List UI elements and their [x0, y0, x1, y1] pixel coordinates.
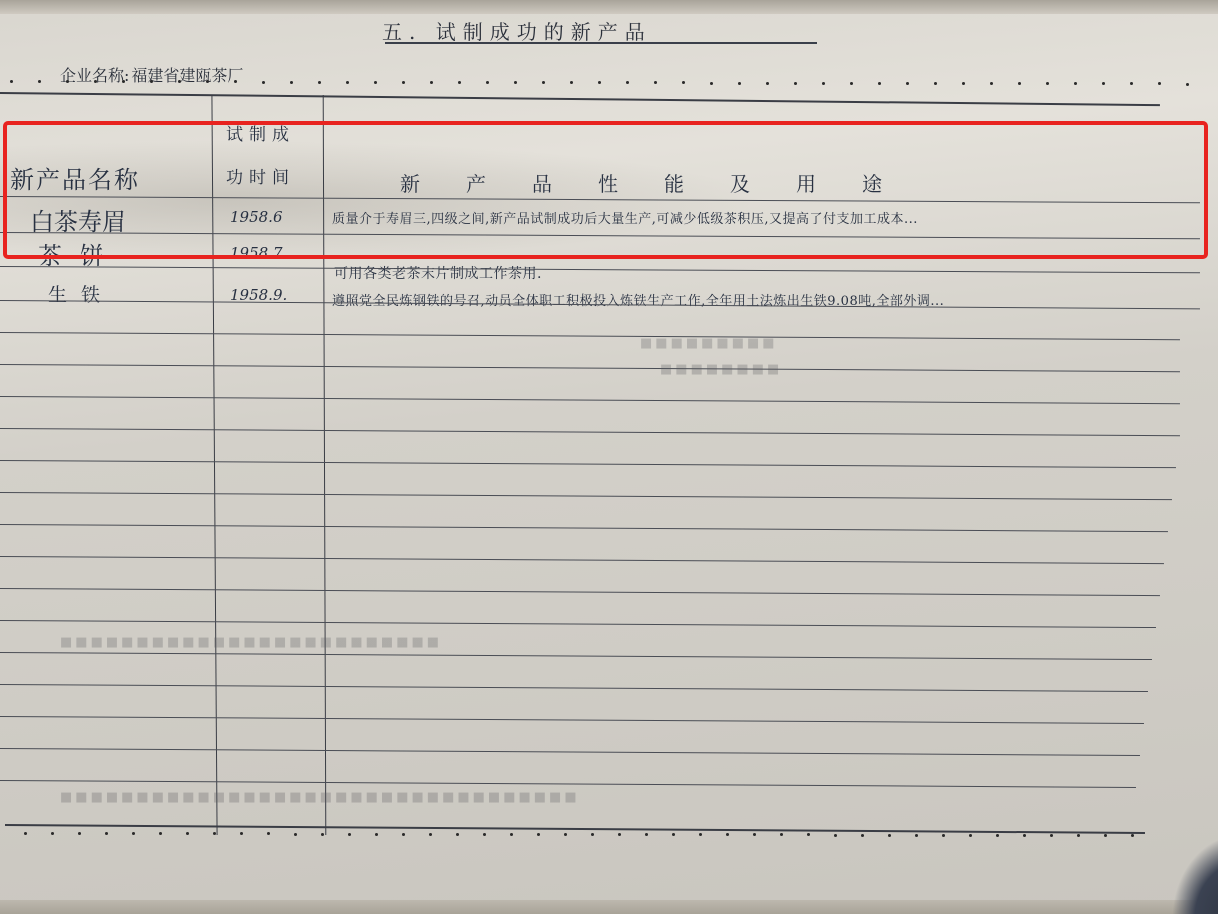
bleed-through-text: ■■■■■■■■■■■■■■■■■■■■■■■■■■■■■■■■■■ — [60, 790, 580, 805]
blank-row-rule — [0, 588, 1160, 596]
blank-row-rule — [0, 524, 1168, 532]
header-char: 用 — [796, 168, 816, 197]
perforation-dot — [906, 82, 909, 85]
perforation-dot — [486, 81, 489, 84]
header-properties-use: 新 产 品 性 能 及 用 途 — [400, 168, 882, 197]
perforation-dot — [94, 80, 97, 83]
perforation-dot — [1131, 834, 1134, 837]
perforation-dot — [122, 80, 125, 83]
header-char: 品 — [532, 168, 552, 197]
header-char: 产 — [466, 168, 486, 197]
perforation-dot — [1077, 834, 1080, 837]
blank-row-rule — [0, 556, 1164, 564]
perforation-dot — [430, 81, 433, 84]
perforation-dot — [514, 81, 517, 84]
perforation-dot — [402, 81, 405, 84]
table-row-2-properties: 可用各类老茶末片制成工作茶用. — [334, 263, 734, 283]
perforation-dot — [878, 82, 881, 85]
header-bottom-rule — [0, 196, 1200, 203]
perforation-dot — [598, 81, 601, 84]
table-top-rule — [0, 92, 1160, 106]
perforation-dot — [1102, 82, 1105, 85]
perforation-dots-top — [0, 80, 1218, 84]
header-product-name: 新产品名称 — [10, 160, 140, 195]
perforation-dot — [834, 834, 837, 837]
perforation-dot — [537, 833, 540, 836]
header-time-line1: 试制成 — [226, 120, 295, 145]
page-bottom-edge — [0, 900, 1218, 914]
blank-row-rule — [0, 748, 1140, 756]
perforation-dot — [150, 80, 153, 83]
header-time-line2: 功时间 — [226, 163, 295, 188]
table-row-3-product: 生铁 — [48, 280, 114, 307]
perforation-dot — [66, 80, 69, 83]
perforation-dot — [186, 832, 189, 835]
blank-row-rule — [0, 460, 1176, 468]
blank-row-rule — [0, 364, 1180, 372]
perforation-dot — [78, 832, 81, 835]
perforation-dot — [861, 834, 864, 837]
perforation-dot — [234, 80, 237, 83]
perforation-dot — [429, 833, 432, 836]
blank-row-rule — [0, 428, 1180, 436]
perforation-dot — [626, 81, 629, 84]
perforation-dot — [1130, 82, 1133, 85]
perforation-dot — [1050, 834, 1053, 837]
perforation-dot — [564, 833, 567, 836]
table-row-1-properties: 质量介于寿眉三,四级之间,新产品试制成功后大量生产,可减少低级茶积压,又提高了付… — [332, 208, 1212, 227]
perforation-dot — [206, 80, 209, 83]
perforation-dot — [1074, 82, 1077, 85]
perforation-dot — [267, 832, 270, 835]
perforation-dot — [850, 82, 853, 85]
perforation-dot — [348, 833, 351, 836]
perforation-dot — [934, 82, 937, 85]
header-char: 能 — [664, 168, 684, 197]
blank-row-rule — [0, 716, 1144, 724]
perforation-dot — [1104, 834, 1107, 837]
perforation-dot — [1023, 834, 1026, 837]
blank-row-rule — [0, 684, 1148, 692]
perforation-dot — [570, 81, 573, 84]
perforation-dot — [672, 833, 675, 836]
perforation-dot — [915, 834, 918, 837]
perforation-dot — [591, 833, 594, 836]
bleed-through-text: ■■■■■■■■ — [660, 362, 782, 377]
perforation-dot — [766, 82, 769, 85]
header-char: 性 — [598, 168, 618, 197]
bleed-through-text: ■■■■■■■■■■■■■■■■■■■■■■■■■ — [60, 635, 442, 650]
column-divider-1 — [211, 95, 217, 835]
perforation-dot — [1018, 82, 1021, 85]
page-top-edge — [0, 0, 1218, 14]
page-corner-fold — [1160, 820, 1218, 914]
perforation-dot — [710, 82, 713, 85]
perforation-dot — [1158, 82, 1161, 85]
perforation-dot — [822, 82, 825, 85]
perforation-dot — [969, 834, 972, 837]
perforation-dot — [318, 81, 321, 84]
perforation-dot — [990, 82, 993, 85]
perforation-dot — [38, 80, 41, 83]
perforation-dot — [654, 81, 657, 84]
perforation-dot — [10, 80, 13, 83]
perforation-dot — [645, 833, 648, 836]
perforation-dot — [213, 832, 216, 835]
perforation-dot — [458, 81, 461, 84]
table-row-1-time: 1958.6 — [230, 208, 283, 226]
header-char: 新 — [400, 168, 420, 197]
perforation-dot — [618, 833, 621, 836]
perforation-dot — [374, 81, 377, 84]
column-divider-2 — [323, 95, 327, 835]
perforation-dot — [996, 834, 999, 837]
blank-row-rule — [0, 652, 1152, 660]
perforation-dot — [510, 833, 513, 836]
perforation-dot — [794, 82, 797, 85]
perforation-dot — [753, 833, 756, 836]
perforation-dot — [483, 833, 486, 836]
perforation-dot — [132, 832, 135, 835]
perforation-dot — [51, 832, 54, 835]
perforation-dot — [682, 81, 685, 84]
row-rule — [0, 232, 1200, 239]
perforation-dot — [542, 81, 545, 84]
perforation-dot — [24, 832, 27, 835]
header-char: 途 — [862, 168, 882, 197]
title-underline — [385, 42, 817, 44]
perforation-dot — [726, 833, 729, 836]
perforation-dot — [240, 832, 243, 835]
perforation-dot — [699, 833, 702, 836]
perforation-dot — [178, 80, 181, 83]
perforation-dot — [105, 832, 108, 835]
perforation-dot — [294, 833, 297, 836]
blank-row-rule — [0, 780, 1136, 788]
perforation-dot — [1186, 83, 1189, 86]
table-row-2-time: 1958.7 — [230, 244, 283, 262]
header-char: 及 — [730, 168, 750, 197]
section-title: 五. 试制成功的新产品 — [382, 16, 652, 45]
perforation-dot — [888, 834, 891, 837]
perforation-dot — [321, 833, 324, 836]
perforation-dot — [456, 833, 459, 836]
blank-row-rule — [0, 332, 1180, 340]
perforation-dot — [402, 833, 405, 836]
blank-row-rule — [0, 396, 1180, 404]
blank-row-rule — [0, 492, 1172, 500]
perforation-dots-bottom — [0, 832, 1218, 836]
perforation-dot — [942, 834, 945, 837]
perforation-dot — [1046, 82, 1049, 85]
perforation-dot — [159, 832, 162, 835]
perforation-dot — [780, 833, 783, 836]
blank-row-rule — [0, 620, 1156, 628]
perforation-dot — [375, 833, 378, 836]
perforation-dot — [807, 833, 810, 836]
perforation-dot — [962, 82, 965, 85]
bleed-through-text: ■■■■■■■■■ — [640, 336, 778, 351]
perforation-dot — [738, 82, 741, 85]
perforation-dot — [290, 81, 293, 84]
perforation-dot — [346, 81, 349, 84]
perforation-dot — [262, 81, 265, 84]
